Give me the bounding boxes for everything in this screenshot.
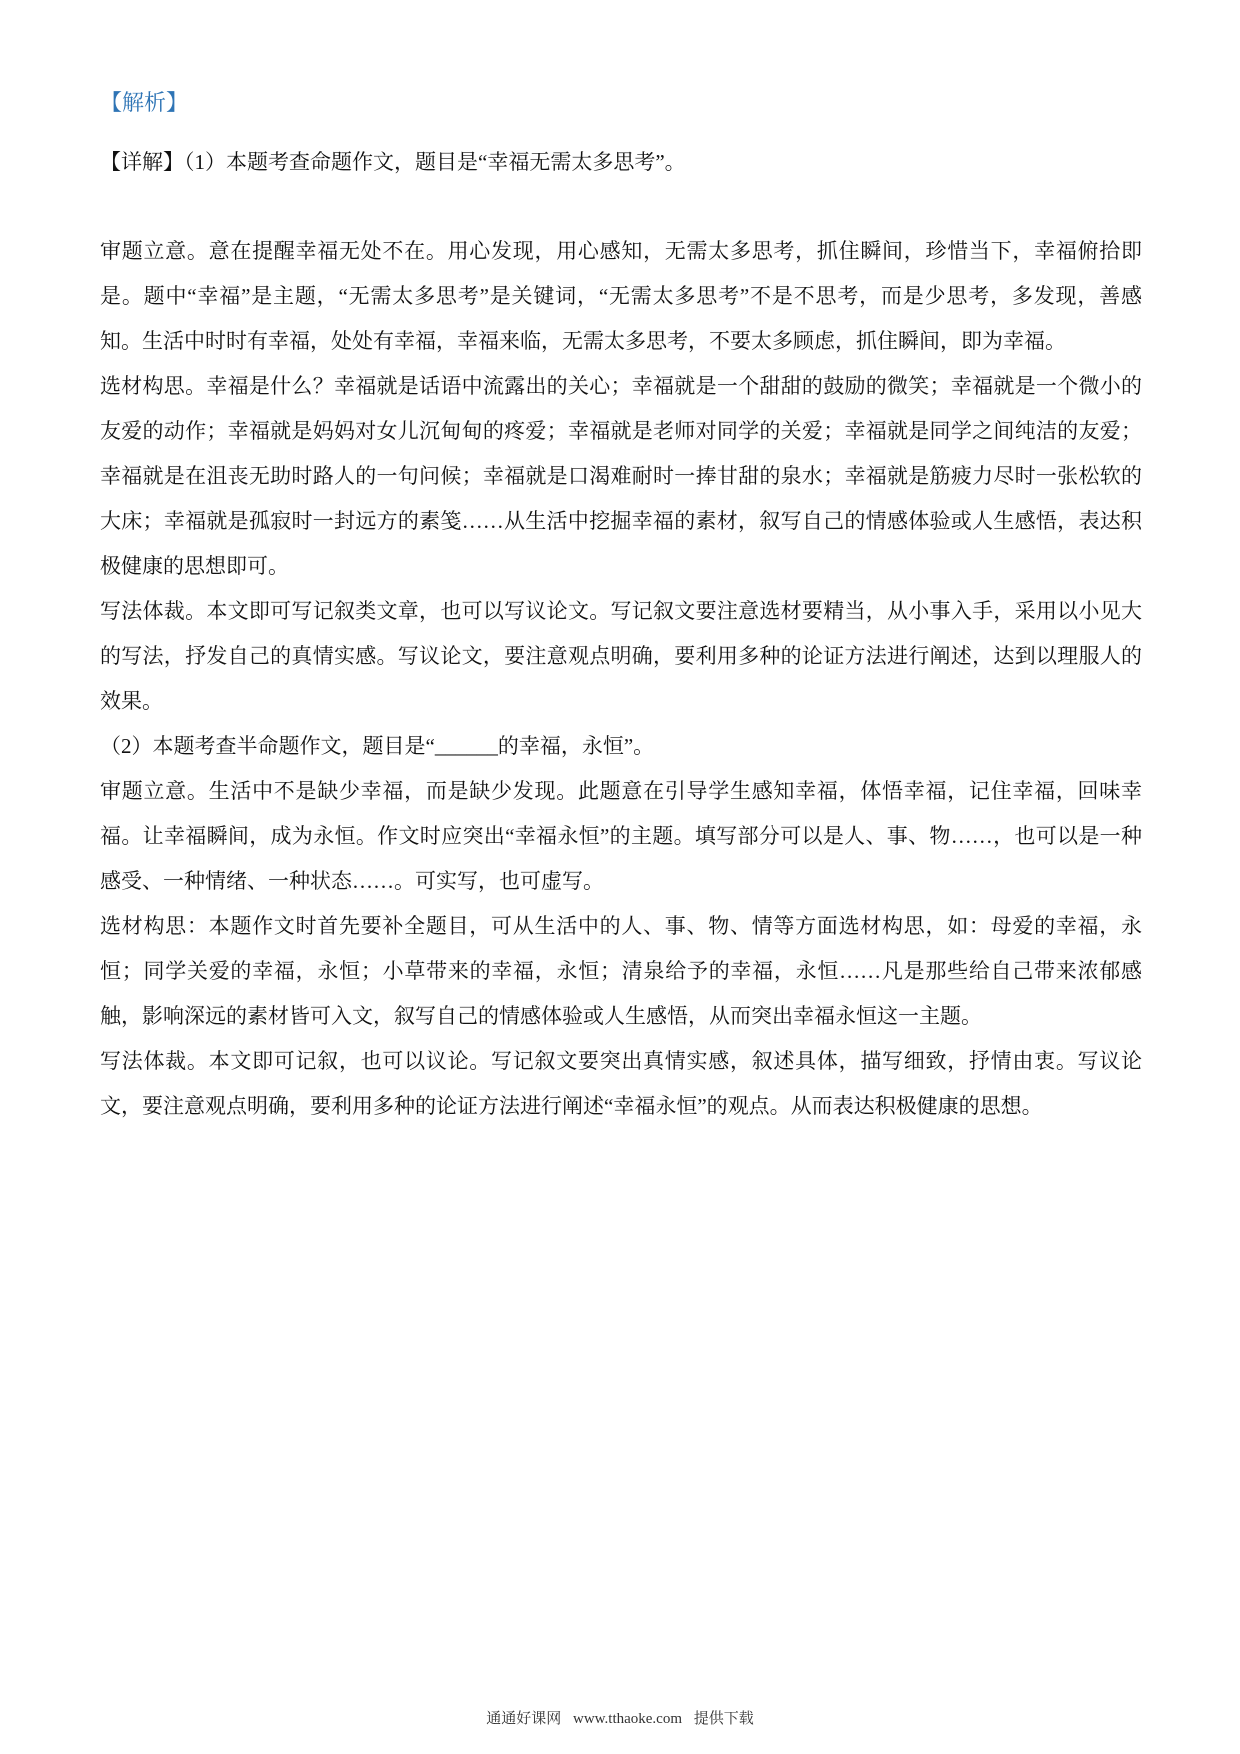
paragraph: 写法体裁。本文即可记叙，也可以议论。写记叙文要突出真情实感，叙述具体，描写细致，… [100, 1039, 1142, 1129]
document-content: 【解析】 【详解】（1）本题考查命题作文，题目是“幸福无需太多思考”。审题立意。… [100, 88, 1142, 1129]
paragraph: 选材构思。幸福是什么？幸福就是话语中流露出的关心；幸福就是一个甜甜的鼓励的微笑；… [100, 364, 1142, 589]
paragraph: 审题立意。生活中不是缺少幸福，而是缺少发现。此题意在引导学生感知幸福，体悟幸福，… [100, 769, 1142, 904]
footer-site-name: 通通好课网 [486, 1711, 561, 1727]
page-footer: 通通好课网 www.tthaoke.com 提供下载 [0, 1707, 1240, 1728]
paragraph: 【详解】（1）本题考查命题作文，题目是“幸福无需太多思考”。 [100, 140, 1142, 185]
footer-suffix: 提供下载 [694, 1711, 754, 1727]
paragraph: 审题立意。意在提醒幸福无处不在。用心发现，用心感知，无需太多思考，抓住瞬间，珍惜… [100, 229, 1142, 364]
paragraph: 选材构思：本题作文时首先要补全题目，可从生活中的人、事、物、情等方面选材构思，如… [100, 904, 1142, 1039]
document-page: 【解析】 【详解】（1）本题考查命题作文，题目是“幸福无需太多思考”。审题立意。… [0, 0, 1240, 1754]
paragraph: （2）本题考查半命题作文，题目是“______的幸福，永恒”。 [100, 724, 1142, 769]
footer-url: www.tthaoke.com [573, 1711, 682, 1727]
paragraph: 写法体裁。本文即可写记叙类文章，也可以写议论文。写记叙文要注意选材要精当，从小事… [100, 589, 1142, 724]
document-body: 【详解】（1）本题考查命题作文，题目是“幸福无需太多思考”。审题立意。意在提醒幸… [100, 140, 1142, 1129]
document-heading: 【解析】 [100, 88, 1142, 118]
